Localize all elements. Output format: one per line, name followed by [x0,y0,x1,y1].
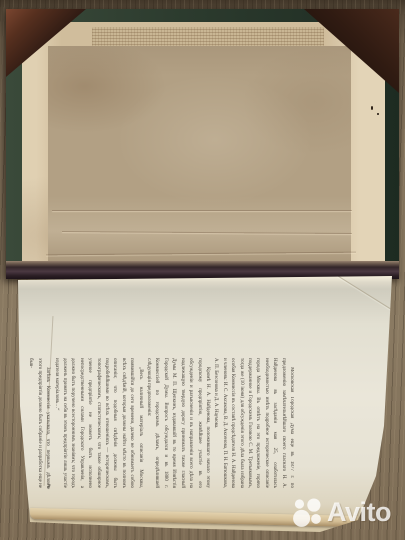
ink-speck [371,106,373,110]
endpaper [22,22,385,274]
preface-text: Московская Городская Дума еще въ 1877 г.… [45,358,295,488]
avito-watermark: Avito [292,489,405,535]
page-paragraph: „Весь наличный матеріалъ описанія Москвы… [51,358,143,488]
book-photo: Московская Городская Дума еще въ 1877 г.… [0,0,405,540]
endpaper-crease [52,210,352,211]
avito-wordmark: Avito [327,499,391,526]
avito-logo-icon [292,496,324,528]
page-paragraph: Кромѣ Н. А. Найденова, положившаго начал… [144,358,211,488]
endpaper-glue-strip [92,27,324,48]
ink-speck [377,113,379,115]
page-paragraph: Московская Городская Дума еще въ 1877 г.… [211,358,295,488]
endpaper-inner-panel [48,46,351,270]
spine-hinge [6,261,399,279]
book-cover [6,9,399,279]
page-paragraph: Затѣмъ Коммиссія указывала, что первымъ … [26,358,51,488]
